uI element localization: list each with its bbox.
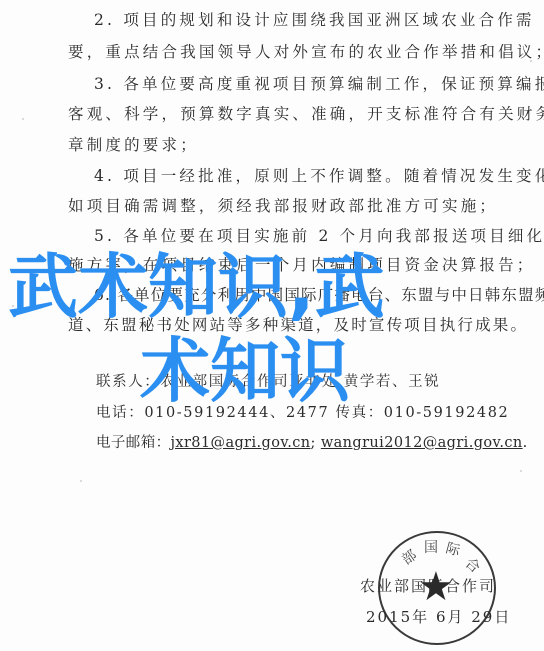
stamp-char-2: 国 (424, 537, 438, 557)
paragraph-4-line-1: 4. 项目一经批准，原则上不作调整。随着情况发生变化， (94, 166, 544, 186)
email-separator: ; (311, 435, 321, 451)
email-link-1[interactable]: jxr81@agri.gov.cn (171, 435, 311, 451)
paragraph-3-line-2: 客观、科学，预算数字真实、准确，开支标准符合有关财务规 (68, 104, 544, 124)
paragraph-3-line-1: 3. 各单位要高度重视项目预算编制工作，保证预算编报 (94, 74, 544, 94)
paragraph-2-line-2: 要，重点结合我国领导人对外宣布的农业合作举措和倡议； (68, 42, 544, 62)
signature-org: 农业部国际合作司 (360, 575, 496, 596)
scan-speck (22, 118, 24, 120)
paragraph-2-line-1: 2. 项目的规划和设计应围绕我国亚洲区域农业合作需 (94, 10, 535, 30)
paragraph-4-line-2: 如项目确需调整，须经我部报财政部批准方可实施； (68, 196, 498, 216)
email-end: . (523, 435, 528, 451)
scan-speck (530, 60, 532, 62)
overlay-title-line-1: 武术知识,武 (8, 252, 385, 322)
stamp-char-3: 际 (444, 538, 463, 561)
contact-phone-label: 电话： (96, 405, 144, 421)
paragraph-3-line-3: 章制度的要求； (68, 135, 199, 155)
scan-speck (12, 305, 14, 307)
stamp-char-4: 合 (461, 553, 485, 577)
contact-email-label: 电子邮箱： (96, 435, 171, 451)
scanned-document-page: 2. 项目的规划和设计应围绕我国亚洲区域农业合作需 要，重点结合我国领导人对外宣… (0, 0, 544, 651)
scan-speck (80, 480, 82, 482)
scan-speck (520, 470, 522, 472)
contact-email: 电子邮箱：jxr81@agri.gov.cn; wangrui2012@agri… (96, 433, 528, 453)
paragraph-5-line-1: 5. 各单位要在项目实施前 2 个月向我部报送项目细化实 (94, 226, 544, 246)
overlay-title-line-2: 术知识 (140, 336, 350, 406)
email-link-2[interactable]: wangrui2012@agri.gov.cn (321, 435, 523, 451)
signature-date: 2015年 6月 29日 (366, 606, 511, 627)
